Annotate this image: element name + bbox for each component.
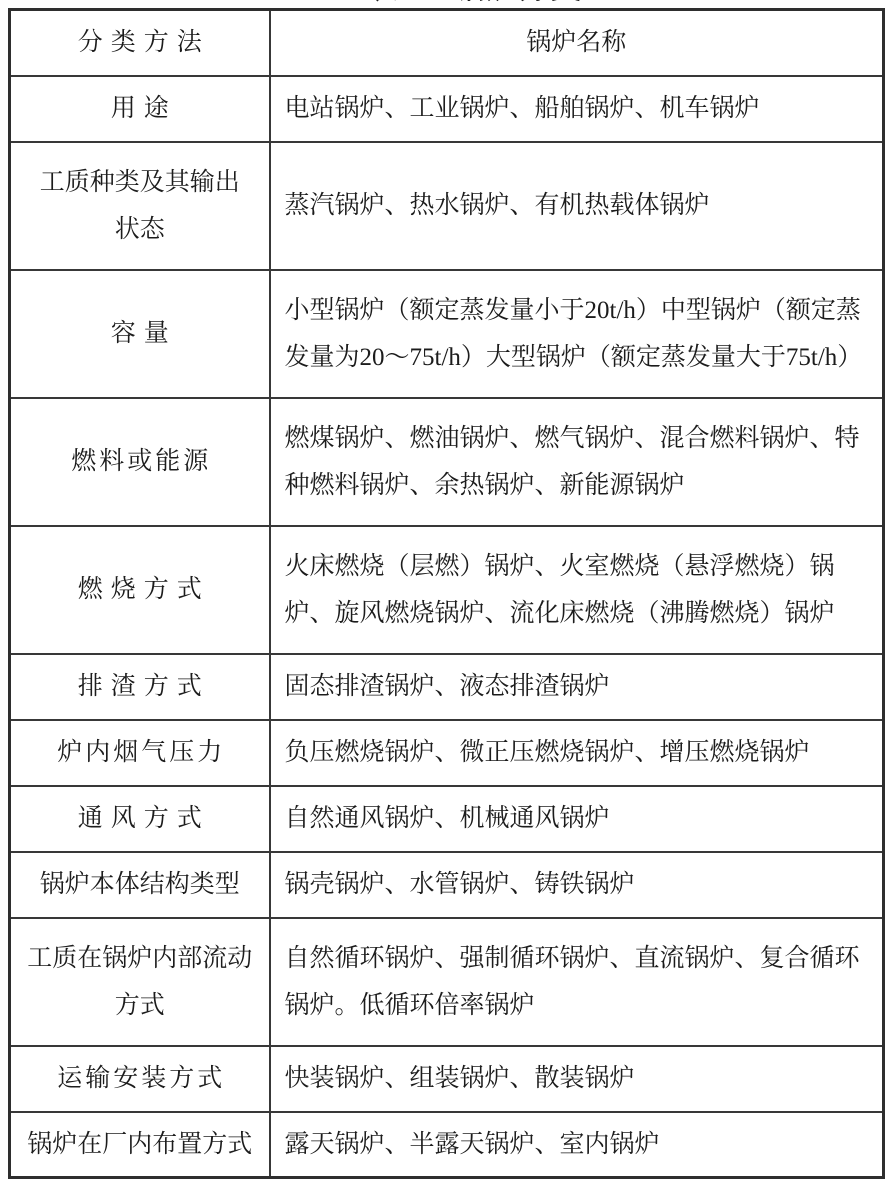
- column-header-names: 锅炉名称: [270, 10, 884, 76]
- method-cell: 燃烧方式: [10, 526, 270, 654]
- names-cell: 负压燃烧锅炉、微正压燃烧锅炉、增压燃烧锅炉: [270, 720, 884, 786]
- table-row: 燃烧方式火床燃烧（层燃）锅炉、火室燃烧（悬浮燃烧）锅炉、旋风燃烧锅炉、流化床燃烧…: [10, 526, 884, 654]
- table-row: 锅炉在厂内布置方式露天锅炉、半露天锅炉、室内锅炉: [10, 1112, 884, 1178]
- table-row: 燃料或能源燃煤锅炉、燃油锅炉、燃气锅炉、混合燃料锅炉、特种燃料锅炉、余热锅炉、新…: [10, 398, 884, 526]
- names-cell: 固态排渣锅炉、液态排渣锅炉: [270, 654, 884, 720]
- names-cell: 蒸汽锅炉、热水锅炉、有机热载体锅炉: [270, 142, 884, 270]
- names-cell: 火床燃烧（层燃）锅炉、火室燃烧（悬浮燃烧）锅炉、旋风燃烧锅炉、流化床燃烧（沸腾燃…: [270, 526, 884, 654]
- method-cell: 运输安装方式: [10, 1046, 270, 1112]
- boiler-classification-table: 分类方法 锅炉名称 用途电站锅炉、工业锅炉、船舶锅炉、机车锅炉工质种类及其输出 …: [8, 8, 885, 1179]
- table-row: 通风方式自然通风锅炉、机械通风锅炉: [10, 786, 884, 852]
- table-row: 排渣方式固态排渣锅炉、液态排渣锅炉: [10, 654, 884, 720]
- table-row: 工质在锅炉内部流动 方式自然循环锅炉、强制循环锅炉、直流锅炉、复合循环锅炉。低循…: [10, 918, 884, 1046]
- table-row: 工质种类及其输出 状态蒸汽锅炉、热水锅炉、有机热载体锅炉: [10, 142, 884, 270]
- clipped-table-title: 表1-1 锅炉分类: [368, 0, 628, 7]
- names-cell: 电站锅炉、工业锅炉、船舶锅炉、机车锅炉: [270, 76, 884, 142]
- clipped-table-title-text: 表1-1 锅炉分类: [368, 0, 628, 7]
- method-cell: 炉内烟气压力: [10, 720, 270, 786]
- boiler-table-body: 用途电站锅炉、工业锅炉、船舶锅炉、机车锅炉工质种类及其输出 状态蒸汽锅炉、热水锅…: [10, 76, 884, 1178]
- names-cell: 露天锅炉、半露天锅炉、室内锅炉: [270, 1112, 884, 1178]
- names-cell: 小型锅炉（额定蒸发量小于20t/h）中型锅炉（额定蒸发量为20～75t/h）大型…: [270, 270, 884, 398]
- method-cell: 容量: [10, 270, 270, 398]
- table-header-row: 分类方法 锅炉名称: [10, 10, 884, 76]
- names-cell: 快装锅炉、组装锅炉、散装锅炉: [270, 1046, 884, 1112]
- table-row: 用途电站锅炉、工业锅炉、船舶锅炉、机车锅炉: [10, 76, 884, 142]
- table-row: 运输安装方式快装锅炉、组装锅炉、散装锅炉: [10, 1046, 884, 1112]
- method-cell: 工质种类及其输出 状态: [10, 142, 270, 270]
- method-cell: 工质在锅炉内部流动 方式: [10, 918, 270, 1046]
- method-cell: 锅炉在厂内布置方式: [10, 1112, 270, 1178]
- method-cell: 锅炉本体结构类型: [10, 852, 270, 918]
- names-cell: 锅壳锅炉、水管锅炉、铸铁锅炉: [270, 852, 884, 918]
- method-cell: 排渣方式: [10, 654, 270, 720]
- names-cell: 自然循环锅炉、强制循环锅炉、直流锅炉、复合循环锅炉。低循环倍率锅炉: [270, 918, 884, 1046]
- method-cell: 用途: [10, 76, 270, 142]
- table-row: 炉内烟气压力负压燃烧锅炉、微正压燃烧锅炉、增压燃烧锅炉: [10, 720, 884, 786]
- names-cell: 自然通风锅炉、机械通风锅炉: [270, 786, 884, 852]
- page-root: { "page": { "clipped_title": "表1-1 锅炉分类"…: [0, 0, 892, 1180]
- method-cell: 燃料或能源: [10, 398, 270, 526]
- method-cell: 通风方式: [10, 786, 270, 852]
- column-header-method: 分类方法: [10, 10, 270, 76]
- table-row: 锅炉本体结构类型锅壳锅炉、水管锅炉、铸铁锅炉: [10, 852, 884, 918]
- table-row: 容量小型锅炉（额定蒸发量小于20t/h）中型锅炉（额定蒸发量为20～75t/h）…: [10, 270, 884, 398]
- names-cell: 燃煤锅炉、燃油锅炉、燃气锅炉、混合燃料锅炉、特种燃料锅炉、余热锅炉、新能源锅炉: [270, 398, 884, 526]
